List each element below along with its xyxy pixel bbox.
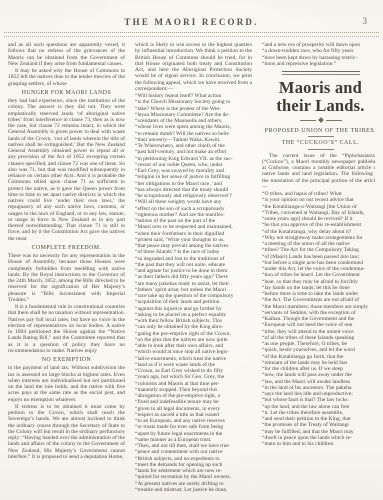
crosshead-complete-freedom: COMPLETE FREEDOM. bbox=[8, 245, 125, 251]
paragraph: which is likely to win access to the hig… bbox=[135, 42, 252, 92]
masthead-title: THE MAORI RECORD. bbox=[0, 17, 383, 27]
quote-line: “main to him and to his children. bbox=[262, 441, 375, 447]
column-1: and as all such questions are apparently… bbox=[8, 42, 125, 492]
correspondent-appeal-quote: “Will history repeat itself? What action… bbox=[135, 93, 252, 492]
headline-ornament-divider bbox=[262, 118, 375, 122]
article-closing-quote: “and a new era of prosperity will dawn u… bbox=[262, 42, 375, 67]
quote-line: “of (Maori) Lands has been passed into l… bbox=[262, 254, 375, 260]
paragraph: and as all such questions are apparently… bbox=[8, 42, 125, 67]
paragraph: If redress is to be obtained it must com… bbox=[8, 404, 125, 460]
paragraph: There was no necessity for any represent… bbox=[8, 253, 125, 303]
newspaper-page: THE MAORI RECORD. 3 and as all such ques… bbox=[0, 0, 383, 500]
quote-line: “the Maori members; those members are si… bbox=[262, 304, 375, 310]
paragraph: The current issue of the “Pipiwharauroa”… bbox=[262, 153, 375, 191]
paragraph: they had had experience, since the insti… bbox=[8, 98, 125, 242]
paragraph: in the payment of land tax. Without subd… bbox=[8, 365, 125, 403]
subheading-rule bbox=[308, 149, 334, 150]
page-number: 3 bbox=[363, 16, 368, 26]
ornament-line-right bbox=[326, 120, 342, 121]
quote-line: “tribes? The Act for the Compulsory Taki… bbox=[262, 247, 375, 253]
quote-line: “tion of tribes be heard. Let the Govern… bbox=[262, 272, 375, 278]
article-headline: Maoris and their Lands. bbox=[264, 79, 375, 114]
article-end-rule bbox=[282, 71, 360, 75]
quote-line: “the Act. The Governments are not afraid… bbox=[262, 297, 375, 303]
columns-container: and as all such questions are apparently… bbox=[8, 42, 375, 492]
diamond-icon bbox=[318, 117, 324, 123]
ornament-line-left bbox=[300, 120, 316, 121]
paragraph: It is a fundamental rule in constitution… bbox=[8, 304, 125, 354]
subheading-cuckoos-call: THE “CUCKOO’S” CALL. bbox=[262, 140, 375, 146]
crosshead-hunger-for-maori-lands: HUNGER FOR MAORI LANDS bbox=[8, 90, 125, 96]
column-2: which is likely to win access to the hig… bbox=[135, 42, 252, 492]
paragraph: It may be asked why the House of Commons… bbox=[8, 68, 125, 87]
crosshead-no-exemption: NO EXEMPTION bbox=[8, 357, 125, 363]
quote-line: “be that you approve of this re-establis… bbox=[262, 222, 375, 228]
quote-line: “trouble and mistrust. Let justice be do… bbox=[135, 487, 252, 492]
subheading-proposed-union: PROPOSED UNION OF THE TRIBES. bbox=[262, 128, 375, 134]
column-3: “and a new era of prosperity will dawn u… bbox=[262, 42, 375, 492]
subheading-rule bbox=[308, 136, 334, 137]
masthead-rule bbox=[4, 32, 379, 37]
quote-line: “tions and repressive legislation.” bbox=[262, 61, 375, 67]
pipiwharauroa-translation-quote: “O tribes, and hapus of tribes! What“is … bbox=[262, 191, 375, 447]
